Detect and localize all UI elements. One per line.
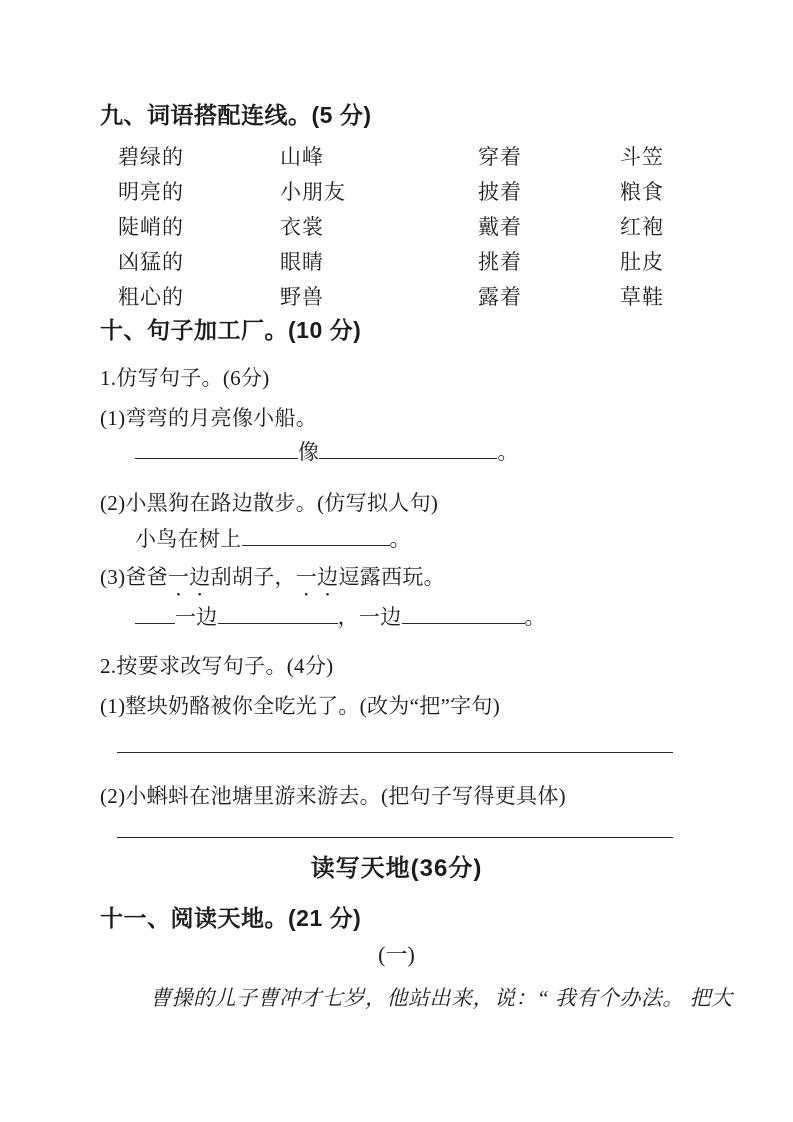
subsection-1-label: 1.仿写句子。(6分) — [100, 362, 270, 392]
section-11-heading: 十一、阅读天地。(21 分) — [100, 900, 361, 933]
match-word: 粮食 — [620, 175, 664, 210]
match-word: 斗笠 — [620, 140, 664, 175]
match-word: 粗心的 — [118, 280, 280, 315]
emphasized-word: 一边 — [168, 565, 211, 589]
word-match-grid: 碧绿的 山峰 穿着 斗笠 明亮的 小朋友 披着 粮食 陡峭的 衣裳 戴着 红袍 … — [118, 140, 664, 315]
section-10-heading: 十、句子加工厂。(10 分) — [100, 312, 361, 345]
match-word: 山峰 — [280, 140, 478, 175]
period: 。 — [497, 440, 518, 464]
answer-line — [117, 837, 673, 838]
question-1-fill-line: 像。 — [135, 436, 519, 466]
question-1-text: (1)弯弯的月亮像小船。 — [100, 402, 317, 432]
match-word: 肚皮 — [620, 245, 664, 280]
match-word: 戴着 — [478, 210, 620, 245]
match-word: 眼睛 — [280, 245, 478, 280]
match-word: 小朋友 — [280, 175, 478, 210]
question-2-fill-line: 小鸟在树上。 — [135, 523, 411, 553]
match-word: 陡峭的 — [118, 210, 280, 245]
match-word: 草鞋 — [620, 280, 664, 315]
match-word: 野兽 — [280, 280, 478, 315]
fill-blank — [319, 436, 497, 459]
match-word: 碧绿的 — [118, 140, 280, 175]
question-2-text: (2)小黑狗在路边散步。(仿写拟人句) — [100, 487, 438, 517]
match-word: 明亮的 — [118, 175, 280, 210]
sentence-part: 刮胡子， — [211, 565, 296, 589]
section-9-heading: 九、词语搭配连线。(5 分) — [100, 97, 372, 130]
fill-word: 像 — [298, 440, 319, 464]
fill-blank — [135, 436, 298, 459]
period: 。 — [525, 605, 546, 629]
answer-line — [117, 752, 673, 753]
match-word: 穿着 — [478, 140, 620, 175]
sentence-part: 逗露西玩。 — [338, 565, 445, 589]
period: 。 — [390, 527, 411, 551]
emphasized-word: 一边 — [296, 565, 339, 589]
rewrite-1-text: (1)整块奶酪被你全吃光了。(改为“把”字句) — [100, 690, 500, 720]
match-word: 红袍 — [620, 210, 664, 245]
fill-blank — [218, 601, 338, 624]
fill-blank — [242, 523, 390, 546]
fill-stem: 小鸟在树上 — [135, 527, 242, 551]
match-word: 衣裳 — [280, 210, 478, 245]
passage-first-line: 曹操的儿子曹冲才七岁，他站出来，说：“ 我有个办法。 把大 — [150, 982, 733, 1012]
question-3-fill-line: 一边，一边。 — [135, 601, 546, 631]
match-word: 披着 — [478, 175, 620, 210]
fill-blank — [135, 601, 175, 624]
test-paper-page: 九、词语搭配连线。(5 分) 碧绿的 山峰 穿着 斗笠 明亮的 小朋友 披着 粮… — [0, 0, 793, 1122]
match-word: 挑着 — [478, 245, 620, 280]
question-3-text: (3)爸爸一边刮胡子，一边逗露西玩。 — [100, 561, 445, 601]
rewrite-2-text: (2)小蝌蚪在池塘里游来游去。(把句子写得更具体) — [100, 780, 566, 810]
match-word: 露着 — [478, 280, 620, 315]
passage-number-label: (一) — [0, 938, 793, 969]
sentence-part: (3)爸爸 — [100, 565, 168, 589]
part-b-banner: 读写天地(36分) — [0, 848, 793, 883]
fill-blank — [402, 601, 525, 624]
subsection-2-label: 2.按要求改写句子。(4分) — [100, 650, 333, 680]
fill-word: 一边 — [175, 605, 218, 629]
match-word: 凶猛的 — [118, 245, 280, 280]
fill-word: ，一边 — [338, 605, 402, 629]
